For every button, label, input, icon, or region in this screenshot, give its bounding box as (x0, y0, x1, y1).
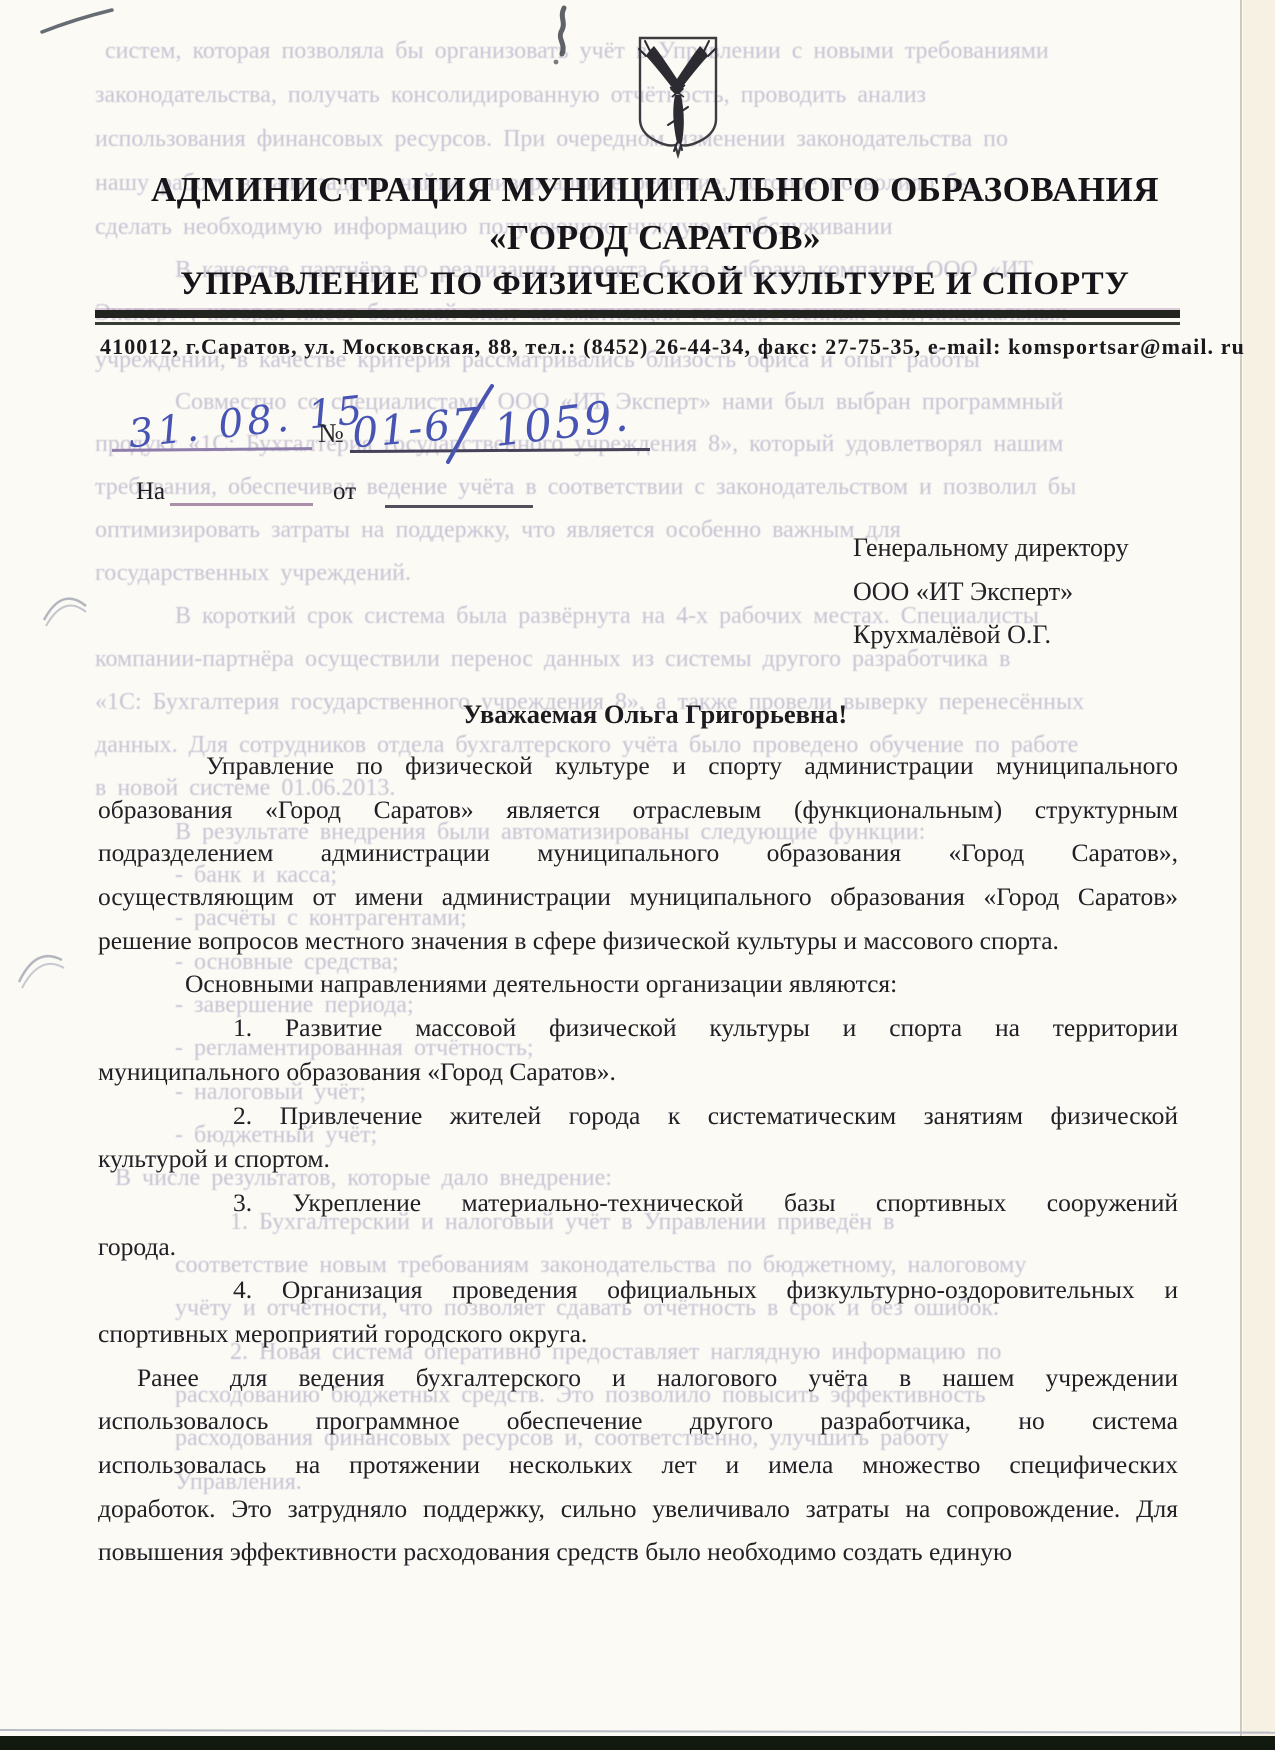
body-text-line: Основными направлениями деятельности орг… (98, 962, 1178, 1006)
letterhead-rule-thick (95, 310, 1180, 318)
body-text-line: культурой и спортом. (98, 1137, 1178, 1181)
margin-arc-mark (40, 584, 92, 630)
org-name-line2: «ГОРОД САРАТОВ» (110, 218, 1200, 258)
number-sign: № (318, 418, 344, 449)
scan-bottom-edge-band (0, 1736, 1275, 1750)
salutation: Уважаемая Ольга Григорьевна! (110, 699, 1200, 730)
bleed-through-line: законодательства, получать консолидирова… (95, 82, 926, 109)
reply-to-blank (170, 503, 313, 506)
contact-info-line: 410012, г.Саратов, ул. Московская, 88, т… (100, 334, 1180, 360)
recipient-line: Генеральному директору (853, 526, 1129, 570)
body-text-line: города. (98, 1225, 1178, 1269)
bleed-through-line: требования, обеспечивал ведение учёта в … (95, 474, 1076, 501)
handwritten-slash (440, 382, 500, 467)
scan-right-edge-line (1240, 0, 1242, 1750)
corner-pen-mark (30, 2, 130, 42)
body-text-line: повышения эффективности расходования сре… (98, 1530, 1178, 1574)
recipient-line: Крухмалёвой О.Г. (853, 613, 1129, 657)
body-text-line: доработок. Это затрудняло поддержку, сил… (98, 1487, 1178, 1531)
body-text-line: осуществляющим от имени администрации му… (98, 875, 1178, 919)
body-text-line: решение вопросов местного значения в сфе… (98, 919, 1178, 963)
letterhead-rule-thin (95, 322, 1180, 325)
body-text-line: подразделением администрации муниципальн… (98, 831, 1178, 875)
org-name-line1: АДМИНИСТРАЦИЯ МУНИЦИПАЛЬНОГО ОБРАЗОВАНИЯ (110, 170, 1200, 210)
reply-from-label: от (333, 478, 356, 506)
body-text-line: использовалось программное обеспечение д… (98, 1399, 1178, 1443)
scan-bottom-thin-line (0, 1729, 1275, 1734)
margin-arc-mark (16, 942, 72, 992)
reply-from-blank (385, 505, 533, 508)
body-text-line: 2. Привлечение жителей города к системат… (98, 1094, 1178, 1138)
bleed-through-line: использования финансовых ресурсов. При о… (95, 126, 1008, 153)
department-name: УПРАВЛЕНИЕ ПО ФИЗИЧЕСКОЙ КУЛЬТУРЕ И СПОР… (110, 266, 1200, 303)
body-text-line: образования «Город Саратов» является отр… (98, 788, 1178, 832)
scanned-letter-page: систем, которая позволяла бы организоват… (0, 0, 1275, 1750)
letter-body: Управление по физической культуре и спор… (98, 744, 1178, 1574)
ink-blot (548, 4, 588, 69)
bleed-through-line: государственных учреждений. (95, 560, 411, 587)
bleed-through-line: оптимизировать затраты на поддержку, что… (95, 517, 901, 544)
scan-right-paper-strip (1243, 0, 1275, 1750)
body-text-line: 3. Укрепление материально-технической ба… (98, 1181, 1178, 1225)
body-text-line: 1. Развитие массовой физической культуры… (98, 1006, 1178, 1050)
reply-to-label: На (136, 478, 165, 506)
body-text-line: спортивных мероприятий городского округа… (98, 1312, 1178, 1356)
recipient-line: ООО «ИТ Эксперт» (853, 570, 1129, 614)
body-text-line: Ранее для ведения бухгалтерского и налог… (98, 1356, 1178, 1400)
body-text-line: муниципального образования «Город Сарато… (98, 1050, 1178, 1094)
body-text-line: Управление по физической культуре и спор… (98, 744, 1178, 788)
body-text-line: 4. Организация проведения официальных фи… (98, 1268, 1178, 1312)
body-text-line: использовалась на протяжении нескольких … (98, 1443, 1178, 1487)
saratov-coat-of-arms-icon (632, 33, 724, 161)
recipient-block: Генеральному директоруООО «ИТ Эксперт»Кр… (853, 526, 1129, 657)
